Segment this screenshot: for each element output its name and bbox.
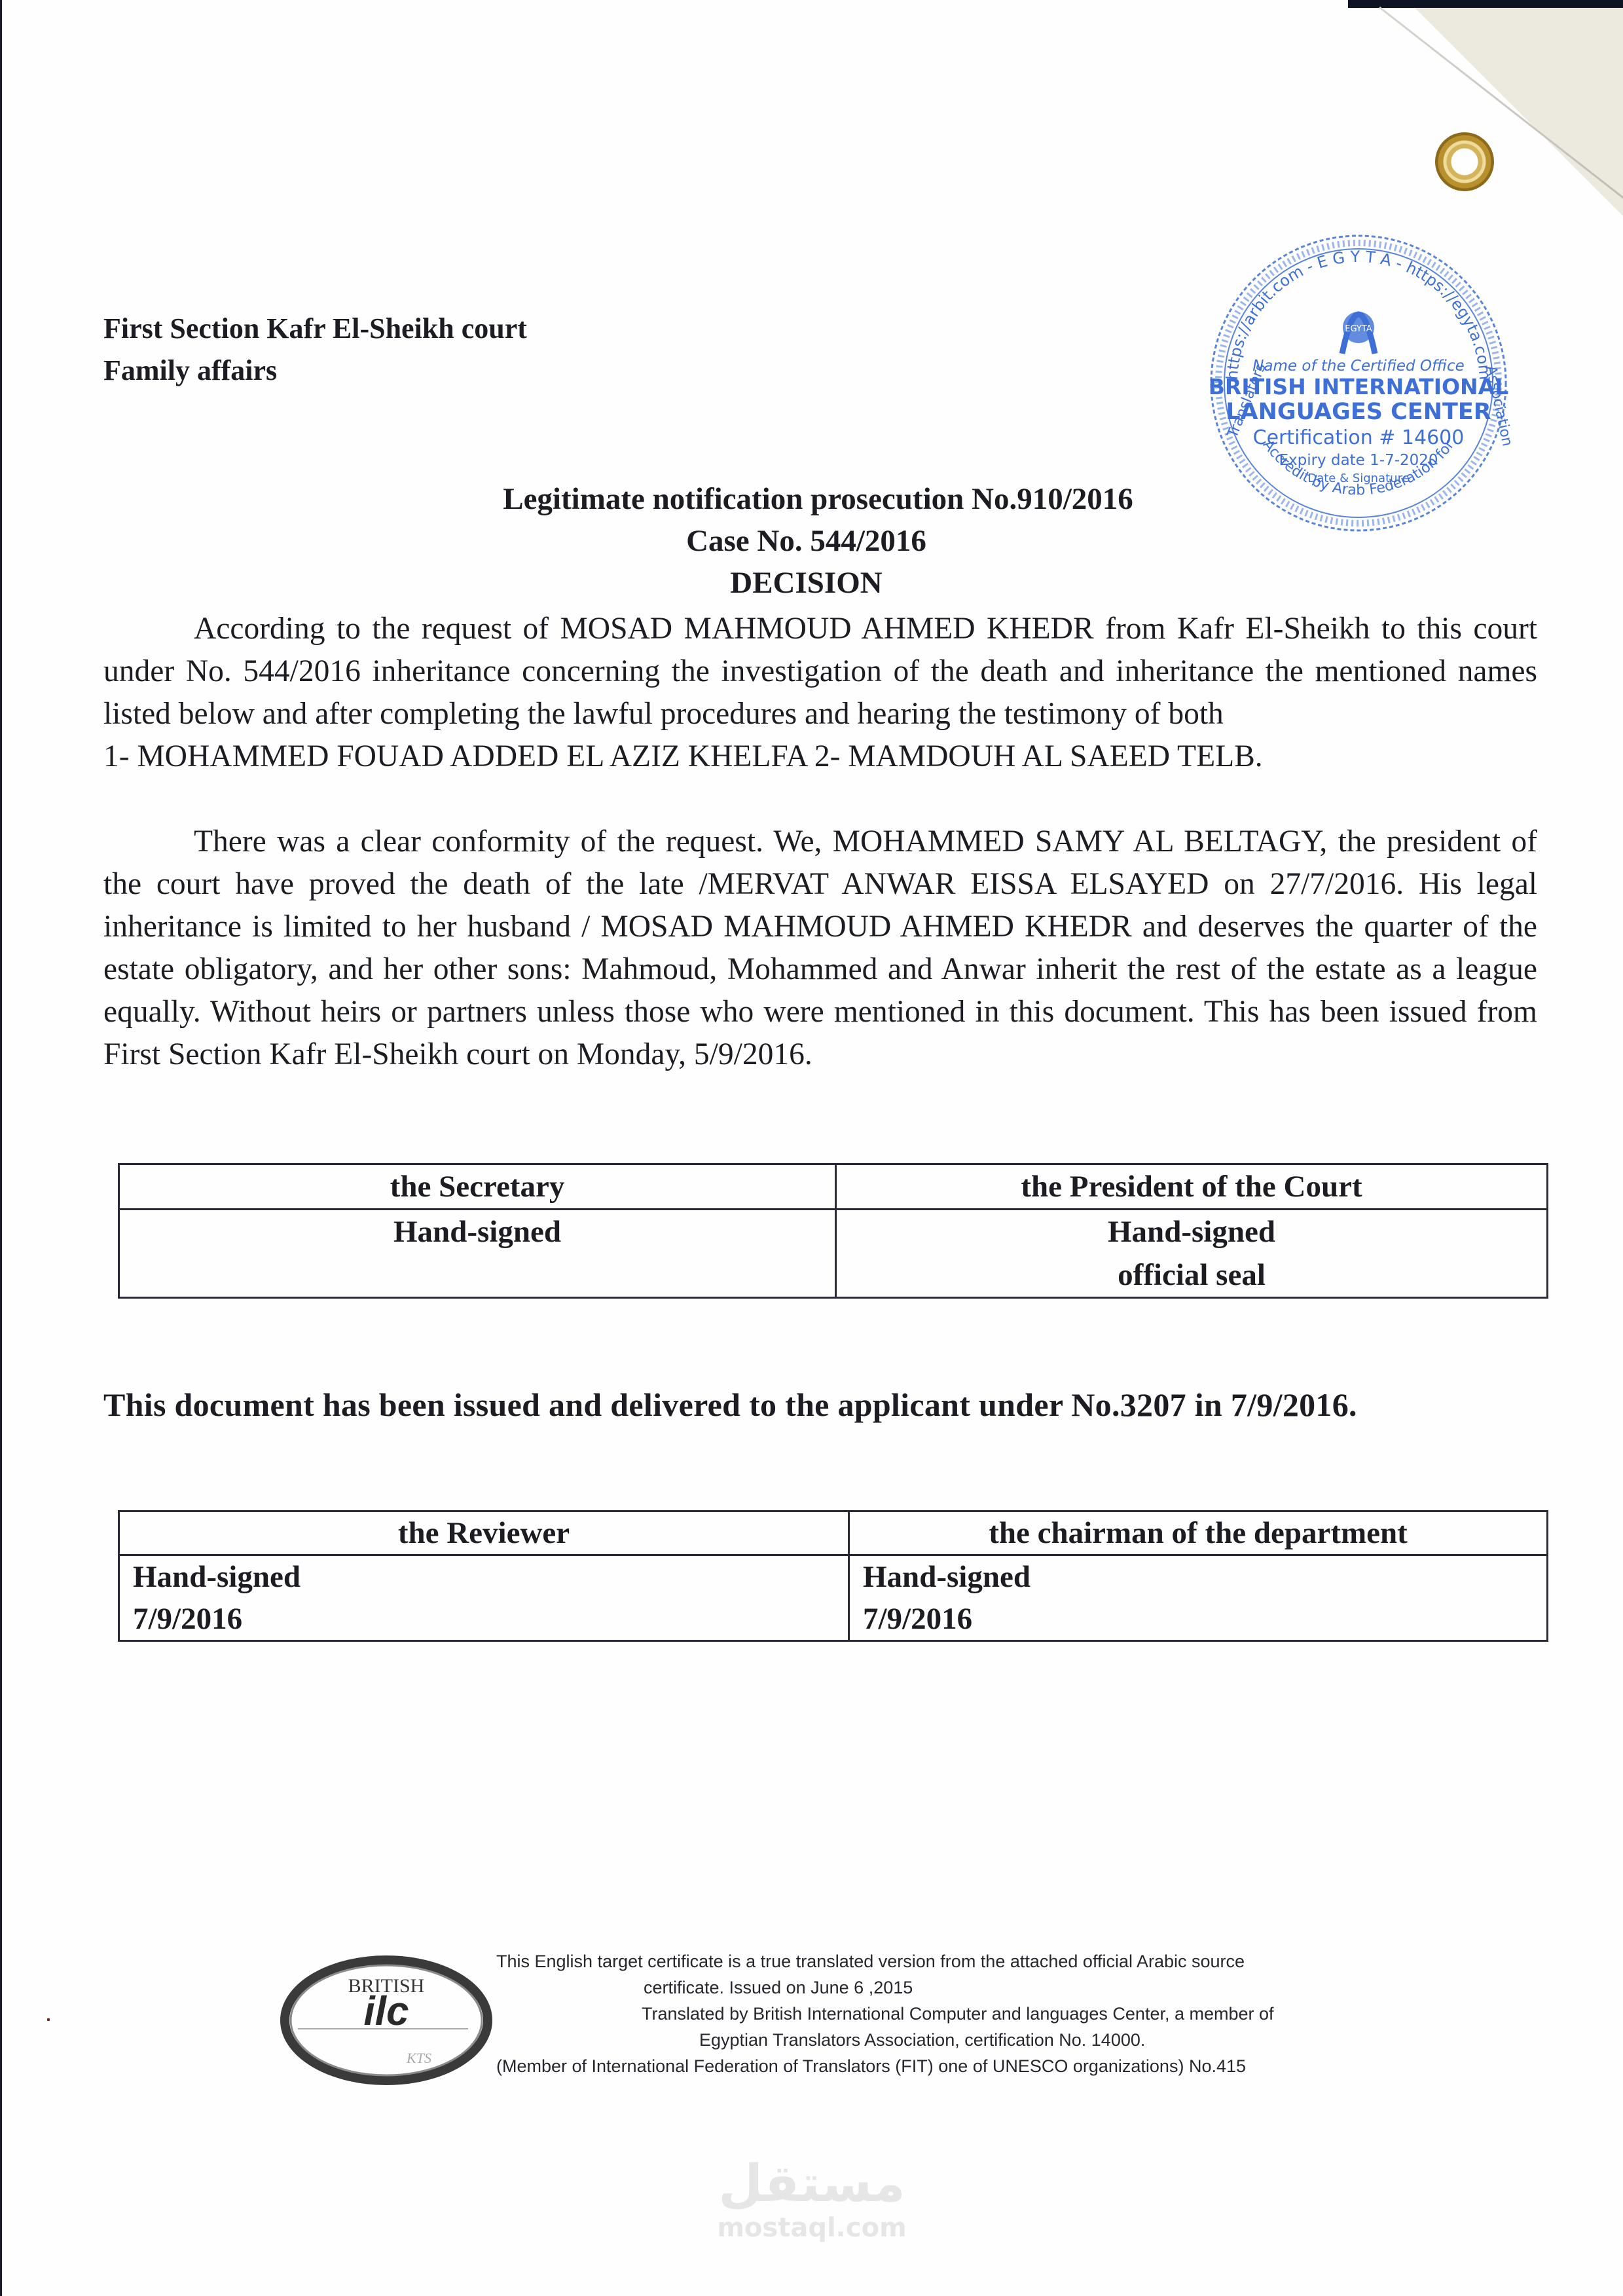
header-secretary: the Secretary [119, 1164, 836, 1210]
document-title: Legitimate notification prosecution No.9… [0, 478, 1623, 604]
court-department: Family affairs [103, 350, 527, 392]
stamp-certification: Certification # 14600 [1253, 426, 1465, 449]
scan-edge [0, 0, 2, 2296]
cell-president: Hand-signed official seal [836, 1210, 1548, 1298]
stamp-name-line1: BRITISH INTERNATIONAL [1209, 374, 1509, 399]
cell-reviewer: Hand-signed 7/9/2016 [119, 1555, 849, 1641]
paragraph-decision: There was a clear conformity of the requ… [103, 821, 1537, 1076]
president-seal: official seal [837, 1253, 1546, 1297]
translation-certification: This English target certificate is a tru… [484, 1948, 1375, 2079]
court-name: First Section Kafr El-Sheikh court [103, 308, 527, 350]
cert-line: certificate. Issued on June 6 ,2015 [484, 1974, 1375, 2001]
svg-text:EGYTA: EGYTA [1345, 324, 1372, 334]
folded-corner [1407, 0, 1623, 216]
delivery-note: This document has been issued and delive… [103, 1382, 1357, 1428]
scan-border-top [1348, 0, 1623, 8]
header-chairman: the chairman of the department [849, 1511, 1548, 1555]
chairman-signature: Hand-signed [863, 1556, 1546, 1598]
cell-secretary: Hand-signed [119, 1210, 836, 1298]
cert-line: Egyptian Translators Association, certif… [484, 2027, 1375, 2053]
witness-list: 1- MOHAMMED FOUAD ADDED EL AZIZ KHELFA 2… [103, 735, 1537, 778]
ilc-logo-icon: BRITISH ilc KTS [278, 1952, 494, 2089]
watermark-latin: mostaql.com [714, 2213, 910, 2242]
cert-line: Translated by British International Comp… [484, 2001, 1375, 2027]
cert-line: (Member of International Federation of T… [484, 2053, 1375, 2079]
signature-table-review: the Reviewer the chairman of the departm… [118, 1510, 1548, 1642]
stamp-name-line2: LANGUAGES CENTER [1226, 399, 1491, 425]
request-paragraph: According to the request of MOSAD MAHMOU… [103, 608, 1537, 778]
president-signature: Hand-signed [837, 1210, 1546, 1253]
cell-chairman: Hand-signed 7/9/2016 [849, 1555, 1548, 1641]
svg-text:KTS: KTS [406, 2050, 431, 2066]
chairman-date: 7/9/2016 [863, 1598, 1546, 1640]
watermark-arabic: مستقل [714, 2155, 910, 2213]
scan-speck [47, 2018, 50, 2021]
header-president: the President of the Court [836, 1164, 1548, 1210]
reviewer-signature: Hand-signed [133, 1556, 848, 1598]
case-number: Case No. 544/2016 [0, 520, 1618, 562]
decision-heading: DECISION [0, 562, 1618, 604]
stamp-expiry: Expiry date 1-7-2020 [1279, 452, 1438, 469]
notification-number: Legitimate notification prosecution No.9… [7, 478, 1623, 520]
cert-line: This English target certificate is a tru… [484, 1948, 1375, 1974]
secretary-signature: Hand-signed [120, 1210, 835, 1253]
svg-text:ilc: ilc [364, 1989, 409, 2034]
decision-paragraph: There was a clear conformity of the requ… [103, 821, 1537, 1076]
signature-table-court: the Secretary the President of the Court… [118, 1163, 1548, 1299]
reviewer-date: 7/9/2016 [133, 1598, 848, 1640]
paragraph-request: According to the request of MOSAD MAHMOU… [103, 608, 1537, 735]
stamp-label: Name of the Certified Office [1252, 358, 1465, 375]
court-header: First Section Kafr El-Sheikh court Famil… [103, 308, 527, 392]
header-reviewer: the Reviewer [119, 1511, 849, 1555]
watermark: مستقل mostaql.com [714, 2155, 910, 2242]
grommet-icon [1435, 132, 1494, 191]
